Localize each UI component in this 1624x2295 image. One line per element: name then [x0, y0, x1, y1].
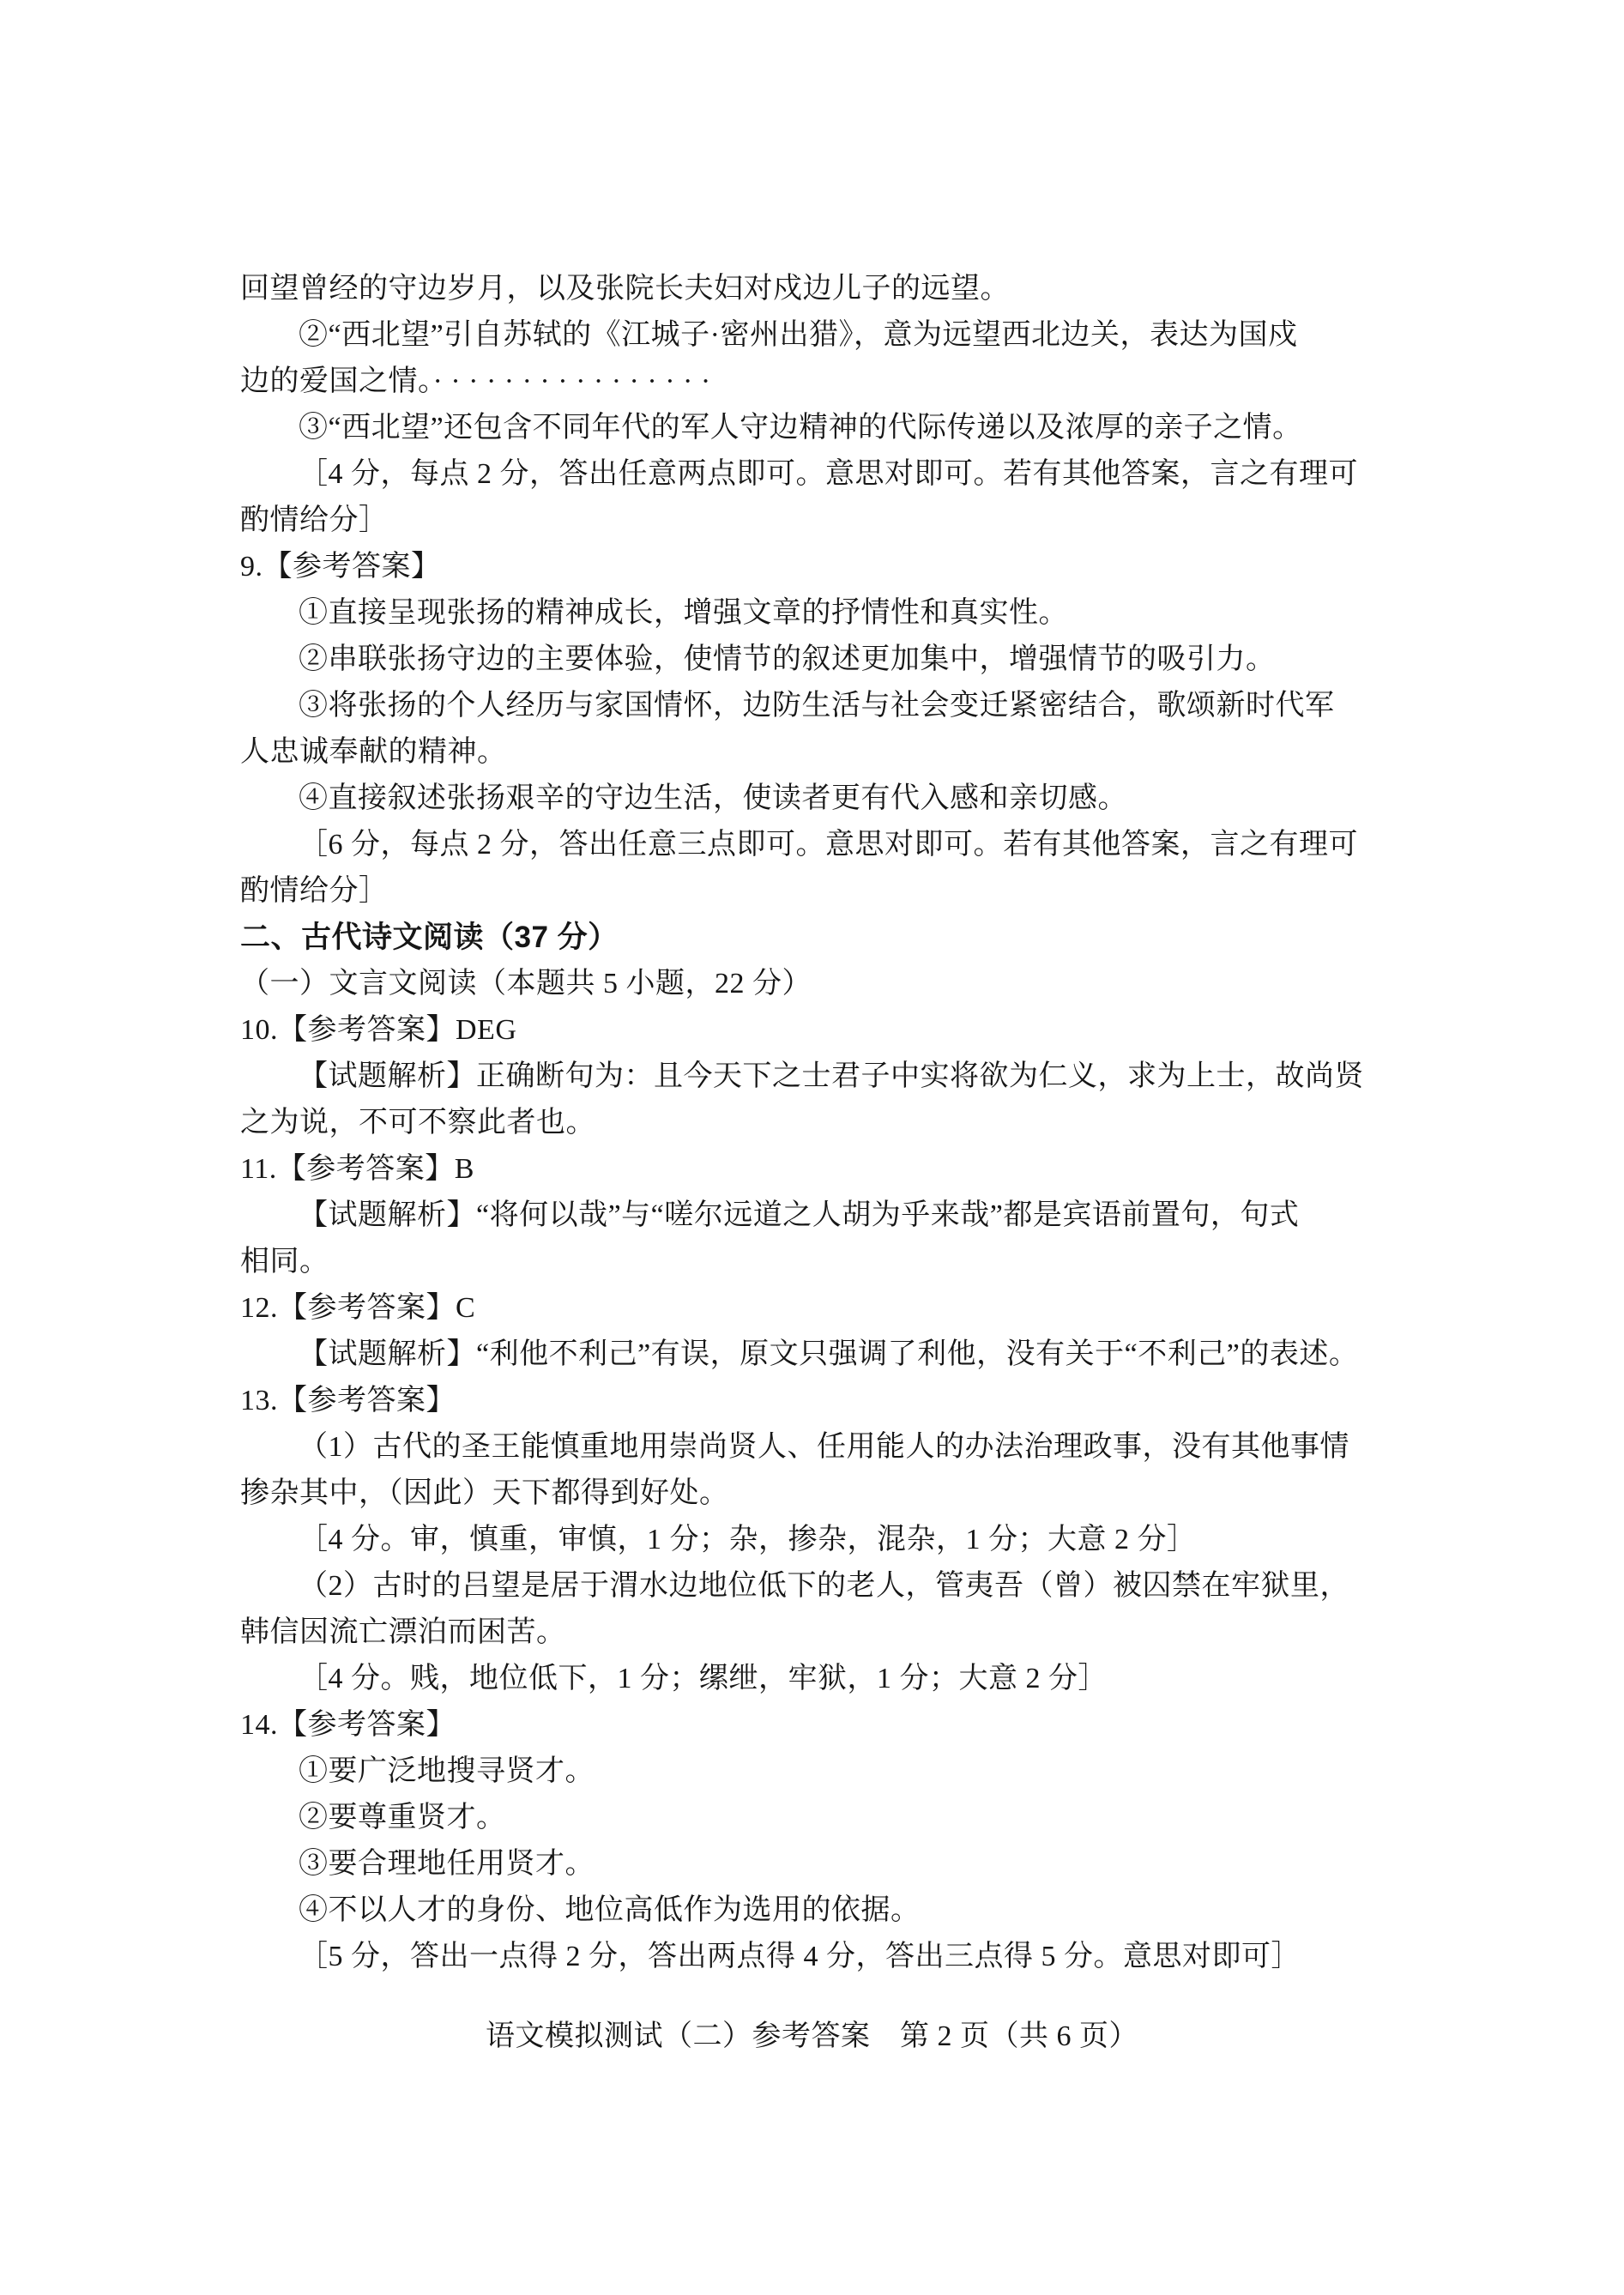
- text-line: ④直接叙述张扬艰辛的守边生活，使读者更有代入感和亲切感。: [240, 776, 1407, 822]
- text-line: 掺杂其中，（因此）天下都得到好处。: [240, 1471, 1407, 1517]
- text-line: 韩信因流亡漂泊而困苦。: [240, 1610, 1407, 1656]
- text-line: 13.【参考答案】: [240, 1378, 1407, 1424]
- text-line: 10.【参考答案】DEG: [240, 1007, 1407, 1054]
- text-line: ［4 分。贱，地位低下，1 分；缧绁，牢狱，1 分；大意 2 分］: [240, 1656, 1407, 1702]
- text-line: 酌情给分］: [240, 868, 1407, 915]
- text-line: 之为说，不可不察此者也。: [240, 1100, 1407, 1146]
- text-line: ②“西北望”引自苏轼的《江城子·密州出猎》，意为远望西北边关，表达为国戍: [240, 312, 1407, 359]
- text-line: ［4 分，每点 2 分，答出任意两点即可。意思对即可。若有其他答案，言之有理可: [240, 451, 1407, 498]
- text-line: 人忠诚奉献的精神。: [240, 729, 1407, 776]
- text-line: ④不以人才的身份、地位高低作为选用的依据。: [240, 1887, 1407, 1934]
- page-footer: 语文模拟测试（二）参考答案 第 2 页（共 6 页）: [0, 2014, 1624, 2060]
- text-line: 相同。: [240, 1239, 1407, 1285]
- text-line: 【试题解析】“利他不利己”有误，原文只强调了利他，没有关于“不利己”的表述。: [240, 1332, 1407, 1378]
- text-line: （一）文言文阅读（本题共 5 小题，22 分）: [240, 961, 1407, 1007]
- text-line: ③要合理地任用贤才。: [240, 1841, 1407, 1887]
- text-line: 【试题解析】正确断句为：且今天下之士君子中实将欲为仁义，求为上士，故尚贤: [240, 1054, 1407, 1100]
- text-line: 边的爱国之情。· · · · · · · · · · · · · · · ·: [240, 359, 1407, 405]
- text-line: 酌情给分］: [240, 498, 1407, 544]
- section-heading: 二、古代诗文阅读（37 分）: [240, 915, 1407, 961]
- document-page: 回望曾经的守边岁月，以及张院长夫妇对戍边儿子的远望。②“西北望”引自苏轼的《江城…: [0, 0, 1624, 2295]
- answer-key-body: 回望曾经的守边岁月，以及张院长夫妇对戍边儿子的远望。②“西北望”引自苏轼的《江城…: [240, 266, 1407, 1980]
- text-line: 9.【参考答案】: [240, 544, 1407, 590]
- text-line: ［6 分，每点 2 分，答出任意三点即可。意思对即可。若有其他答案，言之有理可: [240, 822, 1407, 868]
- text-line: ②串联张扬守边的主要体验，使情节的叙述更加集中，增强情节的吸引力。: [240, 637, 1407, 683]
- text-line: 回望曾经的守边岁月，以及张院长夫妇对戍边儿子的远望。: [240, 266, 1407, 312]
- text-line: 12.【参考答案】C: [240, 1285, 1407, 1332]
- text-line: 14.【参考答案】: [240, 1702, 1407, 1748]
- text-line: ［4 分。审，慎重，审慎，1 分；杂，掺杂，混杂，1 分；大意 2 分］: [240, 1517, 1407, 1563]
- text-line: （1）古代的圣王能慎重地用崇尚贤人、任用能人的办法治理政事，没有其他事情: [240, 1424, 1407, 1471]
- text-line: ③“西北望”还包含不同年代的军人守边精神的代际传递以及浓厚的亲子之情。: [240, 405, 1407, 451]
- text-line: ③将张扬的个人经历与家国情怀，边防生活与社会变迁紧密结合，歌颂新时代军: [240, 683, 1407, 729]
- text-line: ②要尊重贤才。: [240, 1795, 1407, 1841]
- text-line: ①直接呈现张扬的精神成长，增强文章的抒情性和真实性。: [240, 590, 1407, 637]
- text-line: （2）古时的吕望是居于渭水边地位低下的老人，管夷吾（曾）被囚禁在牢狱里，: [240, 1563, 1407, 1610]
- text-line: ［5 分，答出一点得 2 分，答出两点得 4 分，答出三点得 5 分。意思对即可…: [240, 1934, 1407, 1980]
- text-line: ①要广泛地搜寻贤才。: [240, 1748, 1407, 1795]
- text-line: 【试题解析】“将何以哉”与“嗟尔远道之人胡为乎来哉”都是宾语前置句，句式: [240, 1193, 1407, 1239]
- text-line: 11.【参考答案】B: [240, 1146, 1407, 1193]
